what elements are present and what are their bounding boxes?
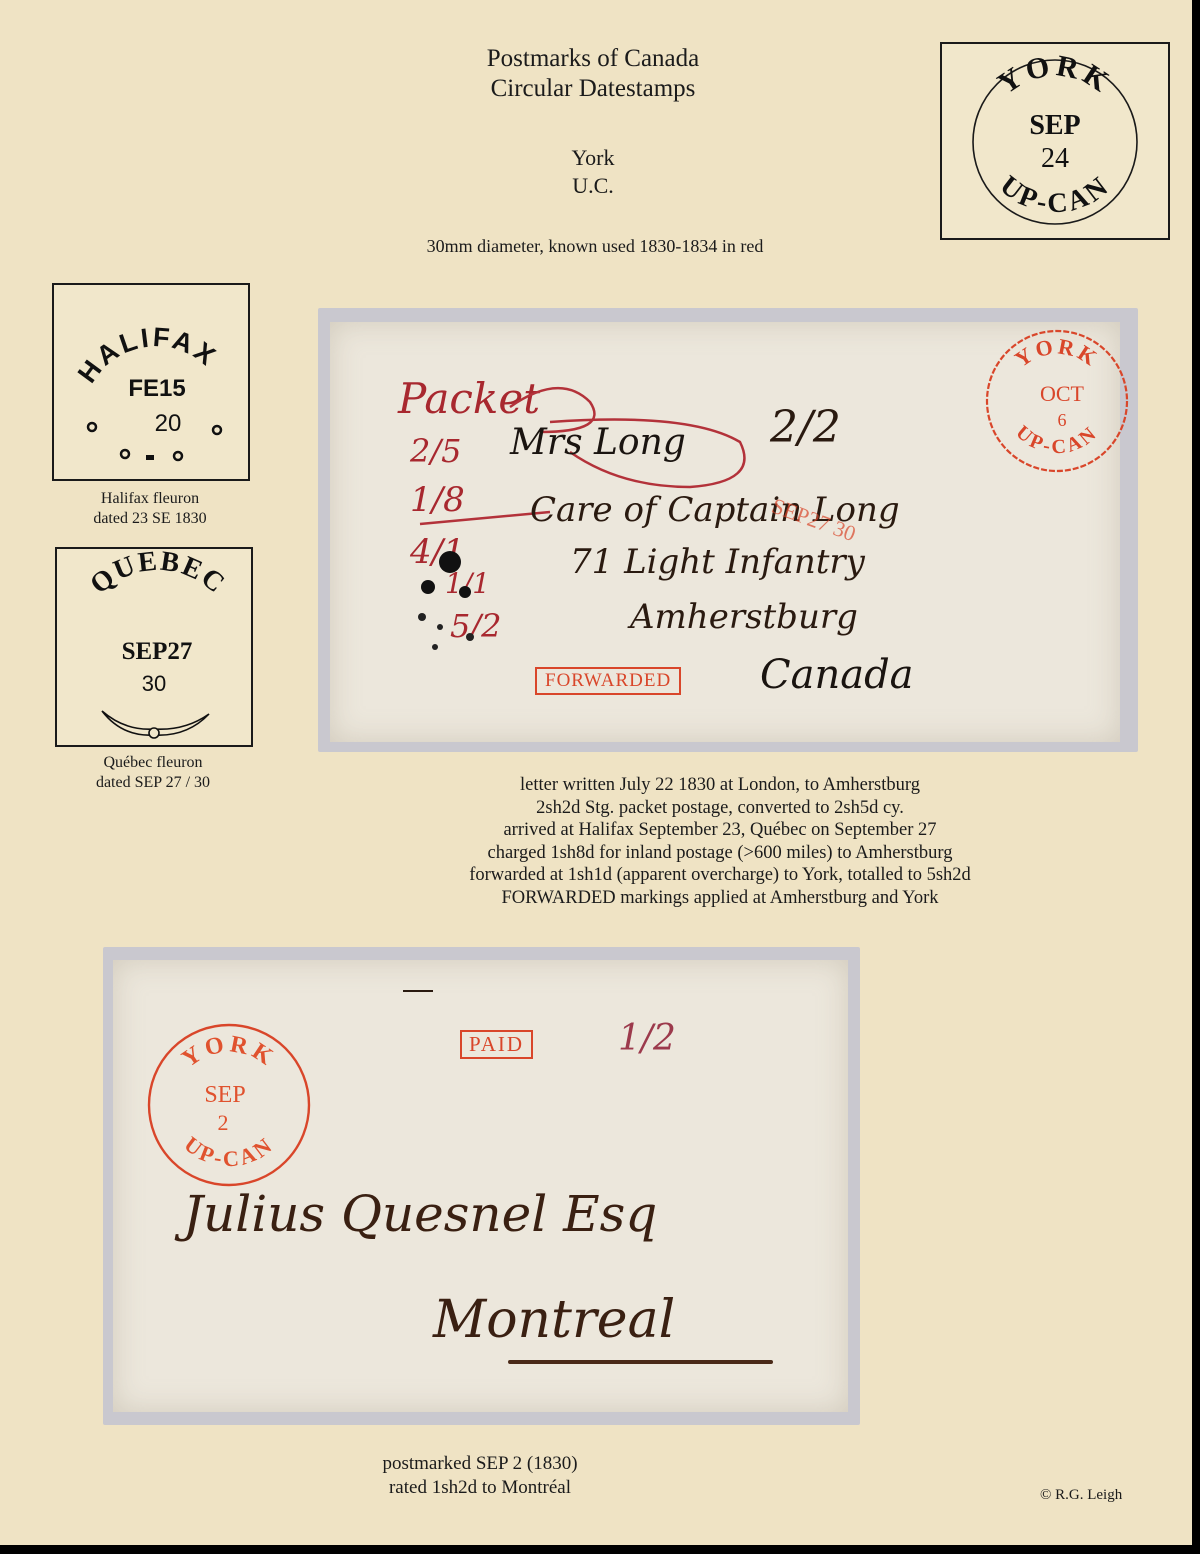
york-cds-icon: YORK SEP 24 UP-CAN bbox=[942, 44, 1168, 238]
york-sep-cds-icon: YORK SEP 2 UP-CAN bbox=[143, 1020, 313, 1190]
quebec-stamp-box: QUEBEC SEP27 30 bbox=[55, 547, 253, 747]
svg-text:QUEBEC: QUEBEC bbox=[84, 549, 231, 600]
paid-handstamp: PAID bbox=[460, 1030, 533, 1059]
cover-1-description: letter written July 22 1830 at London, t… bbox=[370, 774, 1070, 909]
york-reference-stamp-box: YORK SEP 24 UP-CAN bbox=[940, 42, 1170, 240]
svg-text:2: 2 bbox=[218, 1110, 229, 1135]
title-line-2: Circular Datestamps bbox=[393, 74, 793, 104]
quebec-caption-line-2: dated SEP 27 / 30 bbox=[55, 773, 251, 793]
svg-text:YORK: YORK bbox=[177, 1031, 280, 1072]
svg-text:SEP: SEP bbox=[204, 1082, 245, 1108]
description-line: FORWARDED markings applied at Amherstbur… bbox=[370, 887, 1070, 910]
description-line: arrived at Halifax September 23, Québec … bbox=[370, 819, 1070, 842]
datestamp-note: 30mm diameter, known used 1830-1834 in r… bbox=[340, 236, 850, 257]
description-line: letter written July 22 1830 at London, t… bbox=[370, 774, 1070, 797]
address-line-5: Canada bbox=[760, 652, 914, 698]
town-heading: York U.C. bbox=[493, 144, 693, 200]
address-line-3: 71 Light Infantry bbox=[570, 542, 865, 582]
underline-flourish bbox=[508, 1360, 773, 1364]
title-line-1: Postmarks of Canada bbox=[393, 44, 793, 74]
halifax-caption-line-2: dated 23 SE 1830 bbox=[52, 509, 248, 529]
page-title: Postmarks of Canada Circular Datestamps bbox=[393, 44, 793, 104]
address-line-1: Julius Quesnel Esq bbox=[183, 1185, 657, 1243]
town-name: York bbox=[493, 144, 693, 172]
province-name: U.C. bbox=[493, 172, 693, 200]
cover-2-caption: postmarked SEP 2 (1830) rated 1sh2d to M… bbox=[330, 1452, 630, 1500]
svg-text:24: 24 bbox=[1041, 143, 1069, 174]
svg-text:SEP27: SEP27 bbox=[122, 638, 193, 665]
svg-text:20: 20 bbox=[155, 410, 182, 437]
cover-2-letter: YORK SEP 2 UP-CAN PAID 1/2 Julius Quesne… bbox=[113, 960, 848, 1412]
cover-2-mount: YORK SEP 2 UP-CAN PAID 1/2 Julius Quesne… bbox=[103, 947, 860, 1425]
quebec-caption-line-1: Québec fleuron bbox=[55, 753, 251, 773]
svg-text:YORK: YORK bbox=[992, 49, 1118, 100]
rate-manuscript: 2/2 bbox=[770, 402, 841, 453]
address-line-4: Amherstburg bbox=[630, 597, 858, 637]
svg-text:6: 6 bbox=[1058, 410, 1067, 430]
halifax-fleuron-icon: HALIFAX FE15 20 bbox=[54, 285, 248, 479]
svg-text:FE15: FE15 bbox=[128, 375, 185, 402]
description-line: 2sh2d Stg. packet postage, converted to … bbox=[370, 797, 1070, 820]
address-line-2: Montreal bbox=[433, 1290, 675, 1350]
copyright: © R.G. Leigh bbox=[1040, 1487, 1122, 1504]
cover-2-caption-line-2: rated 1sh2d to Montréal bbox=[330, 1476, 630, 1500]
quebec-fleuron-icon: QUEBEC SEP27 30 bbox=[57, 549, 251, 745]
rate-manuscript: 1/2 bbox=[618, 1018, 676, 1059]
halifax-stamp-box: HALIFAX FE15 20 bbox=[52, 283, 250, 481]
description-line: charged 1sh8d for inland postage (>600 m… bbox=[370, 842, 1070, 865]
cover-1-mount: Packet 2/5 1/8 4/1 1/1 5/2 Mrs Long 2/2 … bbox=[318, 308, 1138, 752]
cover-1-letter: Packet 2/5 1/8 4/1 1/1 5/2 Mrs Long 2/2 … bbox=[330, 322, 1120, 742]
svg-text:OCT: OCT bbox=[1040, 381, 1085, 406]
svg-text:UP-CAN: UP-CAN bbox=[180, 1131, 279, 1171]
address-line-1: Mrs Long bbox=[510, 422, 686, 463]
forwarded-handstamp: FORWARDED bbox=[535, 667, 681, 695]
svg-text:30: 30 bbox=[142, 671, 166, 696]
cover-2-caption-line-1: postmarked SEP 2 (1830) bbox=[330, 1452, 630, 1476]
halifax-caption: Halifax fleuron dated 23 SE 1830 bbox=[52, 489, 248, 529]
description-line: forwarded at 1sh1d (apparent overcharge)… bbox=[370, 864, 1070, 887]
ink-blot-icon bbox=[410, 547, 490, 657]
quebec-caption: Québec fleuron dated SEP 27 / 30 bbox=[55, 753, 251, 793]
york-oct-cds-icon: YORK OCT 6 UP-CAN bbox=[982, 326, 1132, 476]
album-page: Postmarks of Canada Circular Datestamps … bbox=[0, 0, 1192, 1545]
ink-dash bbox=[403, 990, 433, 992]
svg-text:SEP: SEP bbox=[1029, 110, 1080, 141]
halifax-caption-line-1: Halifax fleuron bbox=[52, 489, 248, 509]
